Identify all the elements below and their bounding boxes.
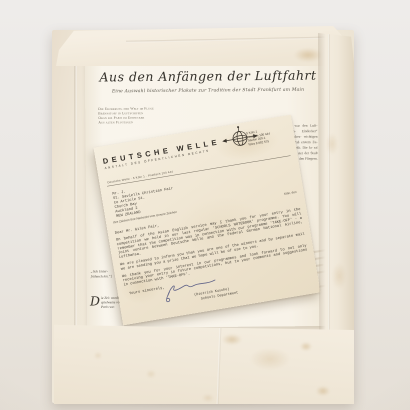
sender-rule-line: Deutsche Welle · 5 Köln 1 · Postfach 100… — [107, 170, 173, 184]
deutsche-welle-letter: DEUTSCHE WELLE ANSTALT DES ÖFFENTLICHEN … — [94, 115, 321, 326]
foxing-stain — [250, 348, 290, 370]
foxing-stain — [222, 334, 242, 345]
foxing-stain — [316, 386, 330, 396]
foxing-stain — [146, 370, 156, 378]
folder-bottom-flap — [54, 318, 354, 404]
contents-line: Aus alten Flugtagen — [98, 120, 154, 125]
photograph-of-documents: Aus den Anfängen der Luftfahrt Eine Ausw… — [0, 0, 410, 410]
foxing-stain — [300, 342, 312, 351]
foxing-stain — [202, 394, 214, 402]
dropcap: D — [90, 296, 100, 307]
page-contents-list: Die Eroberung der Welt im Fluge Brennsto… — [98, 106, 154, 124]
bottom-flap-crease — [217, 328, 222, 404]
page-subtitle: Eine Auswahl historischer Plakate zur Tr… — [85, 87, 331, 94]
foxing-stain — [294, 48, 322, 62]
letterhead-address: 5 Köln 1 Postfach 100 444 Telefon 209-1 … — [246, 128, 272, 147]
page-title: Aus den Anfängen der Luftfahrt — [85, 68, 331, 85]
foxing-stain — [332, 263, 346, 289]
folder-top-flap — [56, 26, 354, 66]
date-field: Köln, den — [284, 191, 297, 196]
foxing-stain — [94, 352, 102, 359]
